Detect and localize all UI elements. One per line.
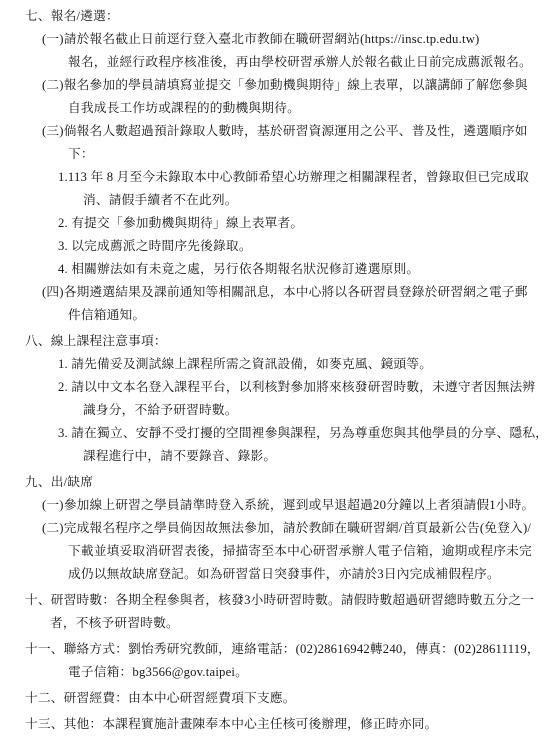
list-item-line: 1.113 年 8 月至今未錄取本中心教師希望心坊辦理之相關課程者，曾錄取但已完… — [0, 166, 549, 189]
text-line: 報名，並經行政程序核准後，再由學校研習承辦人於報名截止日前完成薦派報名。 — [0, 51, 549, 74]
text-line: 者，不核予研習時數。 — [0, 612, 549, 635]
section-heading-line: 七、報名/遴選： — [0, 5, 549, 28]
section-heading-line: 十一、聯絡方式：劉怡秀研究教師，連絡電話：(02)28616942轉240，傳真… — [0, 638, 549, 661]
text-line: 成仍以無故缺席登記。如為研習當日突發事件，亦請於3日內完成補假程序。 — [0, 563, 549, 586]
list-item-line: 3. 以完成薦派之時間序先後錄取。 — [0, 235, 549, 258]
section-heading-line: 九、出/缺席 — [0, 471, 549, 494]
list-item-line: 1. 請先備妥及測試線上課程所需之資訊設備，如麥克風、鏡頭等。 — [0, 353, 549, 376]
list-item-line: 4. 相關辦法如有未竟之處，另行依各期報名狀況修訂遴選原則。 — [0, 258, 549, 281]
text-line: (四)各期遴選結果及課前通知等相關訊息，本中心將以各研習員登錄於研習網之電子郵 — [0, 281, 549, 304]
section-heading-line: 十二、研習經費：由本中心研習經費項下支應。 — [0, 687, 549, 710]
text-line: (一)參加線上研習之學員請準時登入系統，遲到或早退超過20分鐘以上者須請假1小時… — [0, 494, 549, 517]
list-item-line: 3. 請在獨立、安靜不受打擾的空間裡參與課程，另為尊重您與其他學員的分享、隱私， — [0, 422, 549, 445]
text-line: 識身分，不給予研習時數。 — [0, 399, 549, 422]
text-line: 自我成長工作坊或課程的的動機與期待。 — [0, 97, 549, 120]
section-heading-line: 八、線上課程注意事項： — [0, 330, 549, 353]
text-line: 電子信箱：bg3566@gov.taipei。 — [0, 661, 549, 684]
text-line: 消、請假手續者不在此列。 — [0, 189, 549, 212]
text-line: 課程進行中，請不要錄音、錄影。 — [0, 445, 549, 468]
text-line: (二)完成報名程序之學員倘因故無法參加，請於教師在職研習網/首頁最新公告(免登入… — [0, 517, 549, 540]
section-heading-line: 十三、其他：本課程實施計畫陳奉本中心主任核可後辦理，修正時亦同。 — [0, 713, 549, 736]
list-item-line: 2. 請以中文本名登入課程平台，以利核對參加將來核發研習時數，未遵守者因無法辨 — [0, 376, 549, 399]
text-line: 件信箱通知。 — [0, 304, 549, 327]
text-line: (三)倘報名人數超過預計錄取人數時，基於研習資源運用之公平、普及性，遴選順序如 — [0, 120, 549, 143]
document-page: 七、報名/遴選： (一)請於報名截止日前逕行登入臺北市教師在職研習網站(http… — [0, 0, 549, 742]
text-line: 下： — [0, 143, 549, 166]
section-heading-line: 十、研習時數：各期全程參與者，核發3小時研習時數。請假時數超過研習總時數五分之一 — [0, 589, 549, 612]
list-item-line: 2. 有提交「參加動機與期待」線上表單者。 — [0, 212, 549, 235]
text-line: 下載並填妥取消研習表後，掃描寄至本中心研習承辦人電子信箱，逾期或程序未完 — [0, 540, 549, 563]
text-line: (二)報名參加的學員請填寫並提交「參加動機與期待」線上表單，以讓講師了解您參與 — [0, 74, 549, 97]
text-line: (一)請於報名截止日前逕行登入臺北市教師在職研習網站(https://insc.… — [0, 28, 549, 51]
